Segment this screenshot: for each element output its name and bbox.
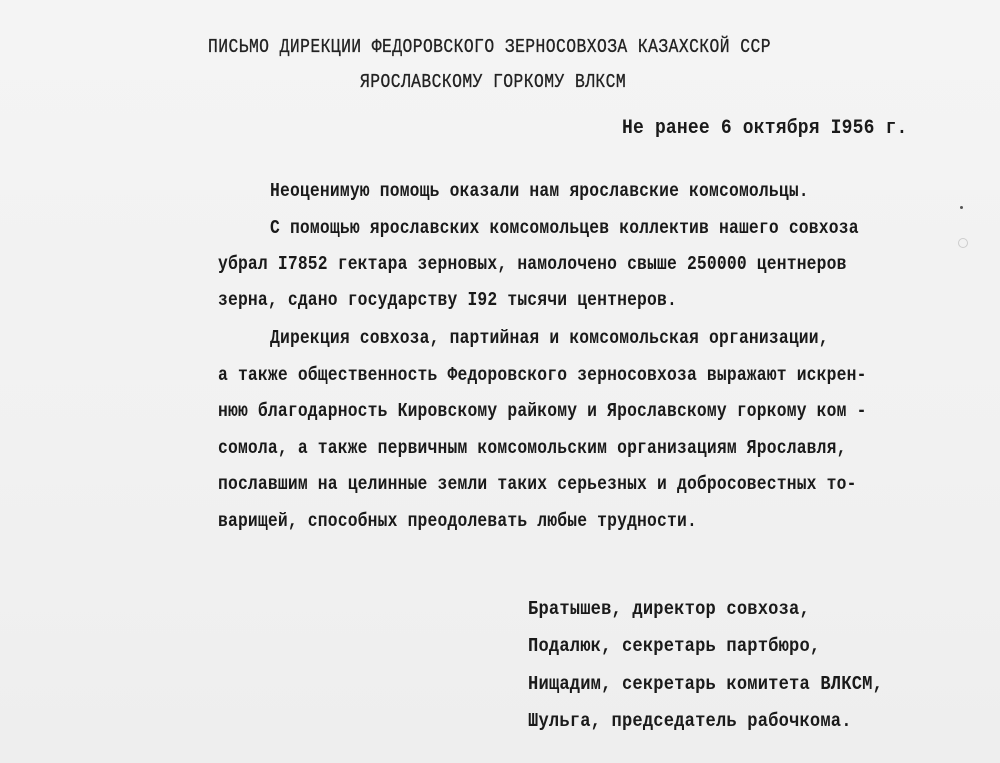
document-title-line-1: ПИСЬМО ДИРЕКЦИИ ФЕДОРОВСКОГО ЗЕРНОСОВХОЗ… (208, 36, 771, 58)
document-date: Не ранее 6 октября I956 г. (622, 117, 908, 140)
body-line-7: нюю благодарность Кировскому райкому и Я… (218, 400, 867, 422)
body-line-2: С помощью ярославских комсомольцев колле… (270, 217, 859, 239)
document-title-line-2: ЯРОСЛАВСКОМУ ГОРКОМУ ВЛКСМ (360, 71, 626, 93)
body-line-5: Дирекция совхоза, партийная и комсомольс… (270, 327, 829, 349)
signature-3: Нищадим, секретарь комитета ВЛКСМ, (528, 673, 883, 695)
signature-1: Братышев, директор совхоза, (528, 598, 810, 620)
body-line-4: зерна, сдано государству I92 тысячи цент… (218, 289, 677, 311)
body-line-1: Неоценимую помощь оказали нам ярославски… (270, 180, 809, 202)
document-page: ПИСЬМО ДИРЕКЦИИ ФЕДОРОВСКОГО ЗЕРНОСОВХОЗ… (0, 0, 1000, 763)
paper-speck (960, 206, 963, 209)
body-line-6: а также общественность Федоровского зерн… (218, 364, 867, 386)
body-line-3: убрал I7852 гектара зерновых, намолочено… (218, 253, 847, 275)
body-line-9: пославшим на целинные земли таких серьез… (218, 473, 857, 495)
paper-speck (958, 238, 968, 248)
signature-4: Шульга, председатель рабочкома. (528, 710, 852, 732)
body-line-8: сомола, а также первичным комсомольским … (218, 437, 847, 459)
signature-2: Подалюк, секретарь партбюро, (528, 635, 820, 657)
body-line-10: варищей, способных преодолевать любые тр… (218, 510, 697, 532)
